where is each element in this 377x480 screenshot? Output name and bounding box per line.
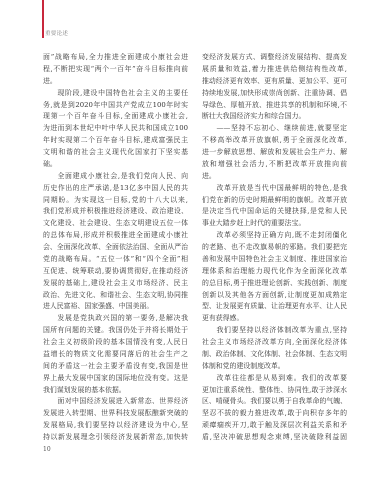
text-line: 政治、先进文化、和谐社会、生态文明,协同推 bbox=[43, 290, 188, 302]
text-line: 务,就是到2020年中国共产党成立100年时实 bbox=[43, 100, 188, 112]
text-line: 的总目标,勇于推进理论创新、实践创新、制度 bbox=[202, 278, 347, 290]
text-line: 发展进入转型期、世界科技发展酝酿新突破的 bbox=[43, 408, 188, 420]
text-line: 发展格局,我们要坚持以经济建设为中心,坚 bbox=[43, 420, 188, 432]
text-line: 现阶段,建设中国特色社会主义的主要任 bbox=[43, 88, 188, 100]
text-line: 顽瘴痼疾开刀,敢于触及深层次利益关系和矛 bbox=[202, 420, 347, 432]
text-line: 发展是党执政兴国的第一要务,是解决我 bbox=[43, 313, 188, 325]
text-line: 改革必须坚持正确方向,既不走封闭僵化 bbox=[202, 230, 347, 242]
text-line: 不移高举改革开放旗帜,勇于全面深化改革, bbox=[202, 135, 347, 147]
text-line: 文明和谐的社会主义现代化国家打下坚实基 bbox=[43, 147, 188, 159]
text-line: 创新以及其他各方面创新,让制度更加成熟定 bbox=[202, 290, 347, 302]
text-line: 坚忍不拔的毅力推进改革,敢于向积存多年的 bbox=[202, 408, 347, 420]
text-line: 改革往往都是从易到难。我们的改革要 bbox=[202, 373, 347, 385]
text-line: 全面建成小康社会,是我们党向人民、向 bbox=[43, 171, 188, 183]
text-line: 界上最大发展中国家的国际地位没有变。这是 bbox=[43, 373, 188, 385]
text-line: 历史作出的庄严承诺,是13亿多中国人民的共 bbox=[43, 183, 188, 195]
text-line: 发展的基础上,建设社会主义市场经济、民主 bbox=[43, 278, 188, 290]
text-line: 进。 bbox=[43, 76, 188, 88]
text-line: 互促进、统筹联动,要协调贯彻好,在推动经济 bbox=[43, 266, 188, 278]
text-line: 更有获得感。 bbox=[202, 313, 347, 325]
text-line: 我们谋划发展的基本依据。 bbox=[43, 385, 188, 397]
text-line: 我们党形成并积极推进经济建设、政治建设、 bbox=[43, 206, 188, 218]
text-line: 面”战略布局,全力推进全面建成小康社会进 bbox=[43, 52, 188, 64]
text-line: 文化建设、社会建设、生态文明建设五位一体 bbox=[43, 218, 188, 230]
text-line: 推动经济更有效率、更有质量、更加公平、更可 bbox=[202, 76, 347, 88]
section-title: 重要论述 bbox=[45, 31, 68, 38]
text-column-left: 面”战略布局,全力推进全面建成小康社会进 程,不断把实现“两个一百年”奋斗目标推… bbox=[43, 52, 188, 444]
section-accent-bar bbox=[42, 0, 44, 38]
text-line: 型、让发展更有质量、让治理更有水平、让人民 bbox=[202, 301, 347, 313]
text-line: 进一步解放思想、解放和发展社会生产力、解 bbox=[202, 147, 347, 159]
text-line: 区、啃硬骨头。我们要以勇于自我革命的气魄、 bbox=[202, 396, 347, 408]
text-line: 程,不断把实现“两个一百年”奋斗目标推向前 bbox=[43, 64, 188, 76]
page-number: 10 bbox=[43, 446, 51, 453]
text-line: 改革开放是当代中国最鲜明的特色,是我 bbox=[202, 183, 347, 195]
text-line: 导绿色、厚植开放、推进共享的机制和环境,不 bbox=[202, 100, 347, 112]
text-line: 社会主义市场经济改革方向,全面深化经济体 bbox=[202, 337, 347, 349]
text-line: 持以新发展理念引领经济发展新常态,加快转 bbox=[43, 432, 188, 444]
text-line: 断壮大我国经济实力和综合国力。 bbox=[202, 111, 347, 123]
text-line: 党的战略布局。“五位一体”和“四个全面”相 bbox=[43, 254, 188, 266]
text-line: 面对中国经济发展进入新常态、世界经济 bbox=[43, 396, 188, 408]
text-line: 我们要坚持以经济体制改革为重点,坚持 bbox=[202, 325, 347, 337]
text-line: 变经济发展方式、调整经济发展结构、提高发 bbox=[202, 52, 347, 64]
text-line: 础。 bbox=[43, 159, 188, 171]
text-line: 社会主义初级阶段的基本国情没有变,人民日 bbox=[43, 337, 188, 349]
text-line: 是决定当代中国命运的关键抉择,是党和人民 bbox=[202, 206, 347, 218]
text-column-right: 变经济发展方式、调整经济发展结构、提高发 展质量和效益,着力推进供给侧结构性改革… bbox=[202, 52, 347, 444]
text-line: 放和增强社会活力,不断把改革开放推向前 bbox=[202, 159, 347, 171]
text-line: 盾,坚决冲破思想观念束缚,坚决破除利益固 bbox=[202, 432, 347, 444]
text-line: 进。 bbox=[202, 171, 347, 183]
text-line: 的总体布局,形成并积极推进全面建成小康社 bbox=[43, 230, 188, 242]
text-line: 持续地发展,加快形成崇尚创新、注重协调、倡 bbox=[202, 88, 347, 100]
text-line: 们党在新的历史时期最鲜明的旗帜。改革开放 bbox=[202, 195, 347, 207]
text-line: 展质量和效益,着力推进供给侧结构性改革, bbox=[202, 64, 347, 76]
text-line: 同期盼。为实现这一目标,党的十八大以来, bbox=[43, 195, 188, 207]
text-line: 制、政治体制、文化体制、社会体制、生态文明 bbox=[202, 349, 347, 361]
text-line: 事业大踏步赶上时代的重要法宝。 bbox=[202, 218, 347, 230]
text-line: 更加注重系统性、整体性、协同性,敢于涉深水 bbox=[202, 385, 347, 397]
text-line: 间的矛盾这一社会主要矛盾没有变,我国是世 bbox=[43, 361, 188, 373]
text-line: 理体系和治理能力现代化作为全面深化改革 bbox=[202, 266, 347, 278]
text-line: 国所有问题的关键。我国仍处于并将长期处于 bbox=[43, 325, 188, 337]
text-line: 善和发展中国特色社会主义制度、推进国家治 bbox=[202, 254, 347, 266]
text-line: 年时实现第二个百年奋斗目标,建成富强民主 bbox=[43, 135, 188, 147]
text-line: 的老路、也不走改旗易帜的邪路。我们要把完 bbox=[202, 242, 347, 254]
text-line: 为进而到本世纪中叶中华人民共和国成立100 bbox=[43, 123, 188, 135]
text-line: 体制和党的建设制度改革。 bbox=[202, 361, 347, 373]
text-line: 会、全面深化改革、全面依法治国、全面从严治 bbox=[43, 242, 188, 254]
text-line: 益增长的物质文化需要同落后的社会生产之 bbox=[43, 349, 188, 361]
text-line: ——坚持不忘初心、继续前进,就要坚定 bbox=[202, 123, 347, 135]
text-line: 现第一个百年奋斗目标,全面建成小康社会, bbox=[43, 111, 188, 123]
text-line: 进人民富裕、国家强盛、中国美丽。 bbox=[43, 301, 188, 313]
